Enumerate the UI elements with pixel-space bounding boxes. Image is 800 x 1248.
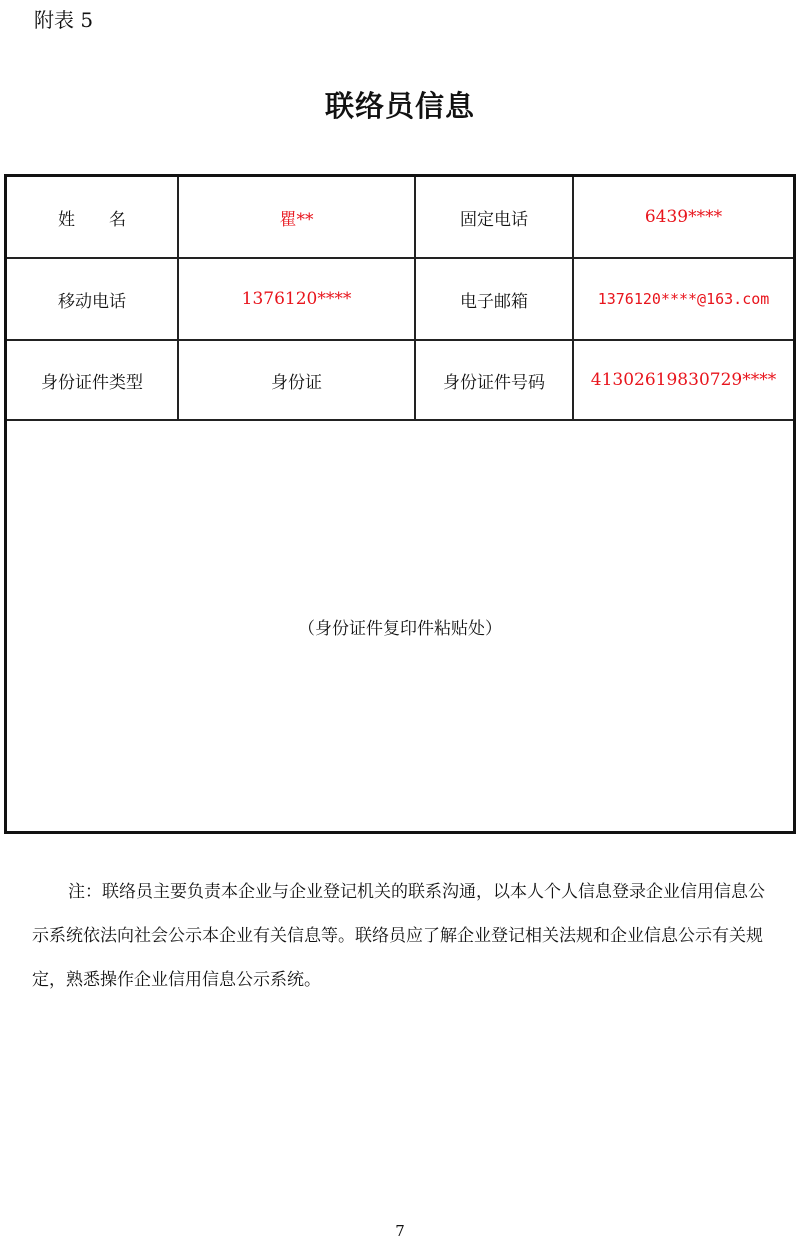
id-type-value: 身份证 [179,341,414,419]
landline-value: 6439**** [574,177,793,257]
name-value: 瞿** [179,177,414,257]
landline-label: 固定电话 [416,177,572,257]
id-number-label: 身份证件号码 [416,341,572,419]
mobile-value: 1376120**** [179,259,414,339]
note-paragraph: 注：联络员主要负责本企业与企业登记机关的联系沟通，以本人个人信息登录企业信用信息… [32,870,772,1002]
mobile-label: 移动电话 [7,259,177,339]
page-number: 7 [0,1222,800,1240]
id-number-value: 41302619830729**** [574,341,793,419]
page-title: 联络员信息 [0,84,800,125]
email-label: 电子邮箱 [416,259,572,339]
email-value: 1376120****@163.com [574,259,793,339]
annex-label: 附表 5 [34,4,93,33]
contact-info-table: 姓 名 瞿** 固定电话 6439**** 移动电话 1376120**** 电… [4,174,796,834]
id-type-label: 身份证件类型 [7,341,177,419]
id-copy-paste-area: （身份证件复印件粘贴处） [7,421,793,831]
name-label: 姓 名 [7,177,177,257]
